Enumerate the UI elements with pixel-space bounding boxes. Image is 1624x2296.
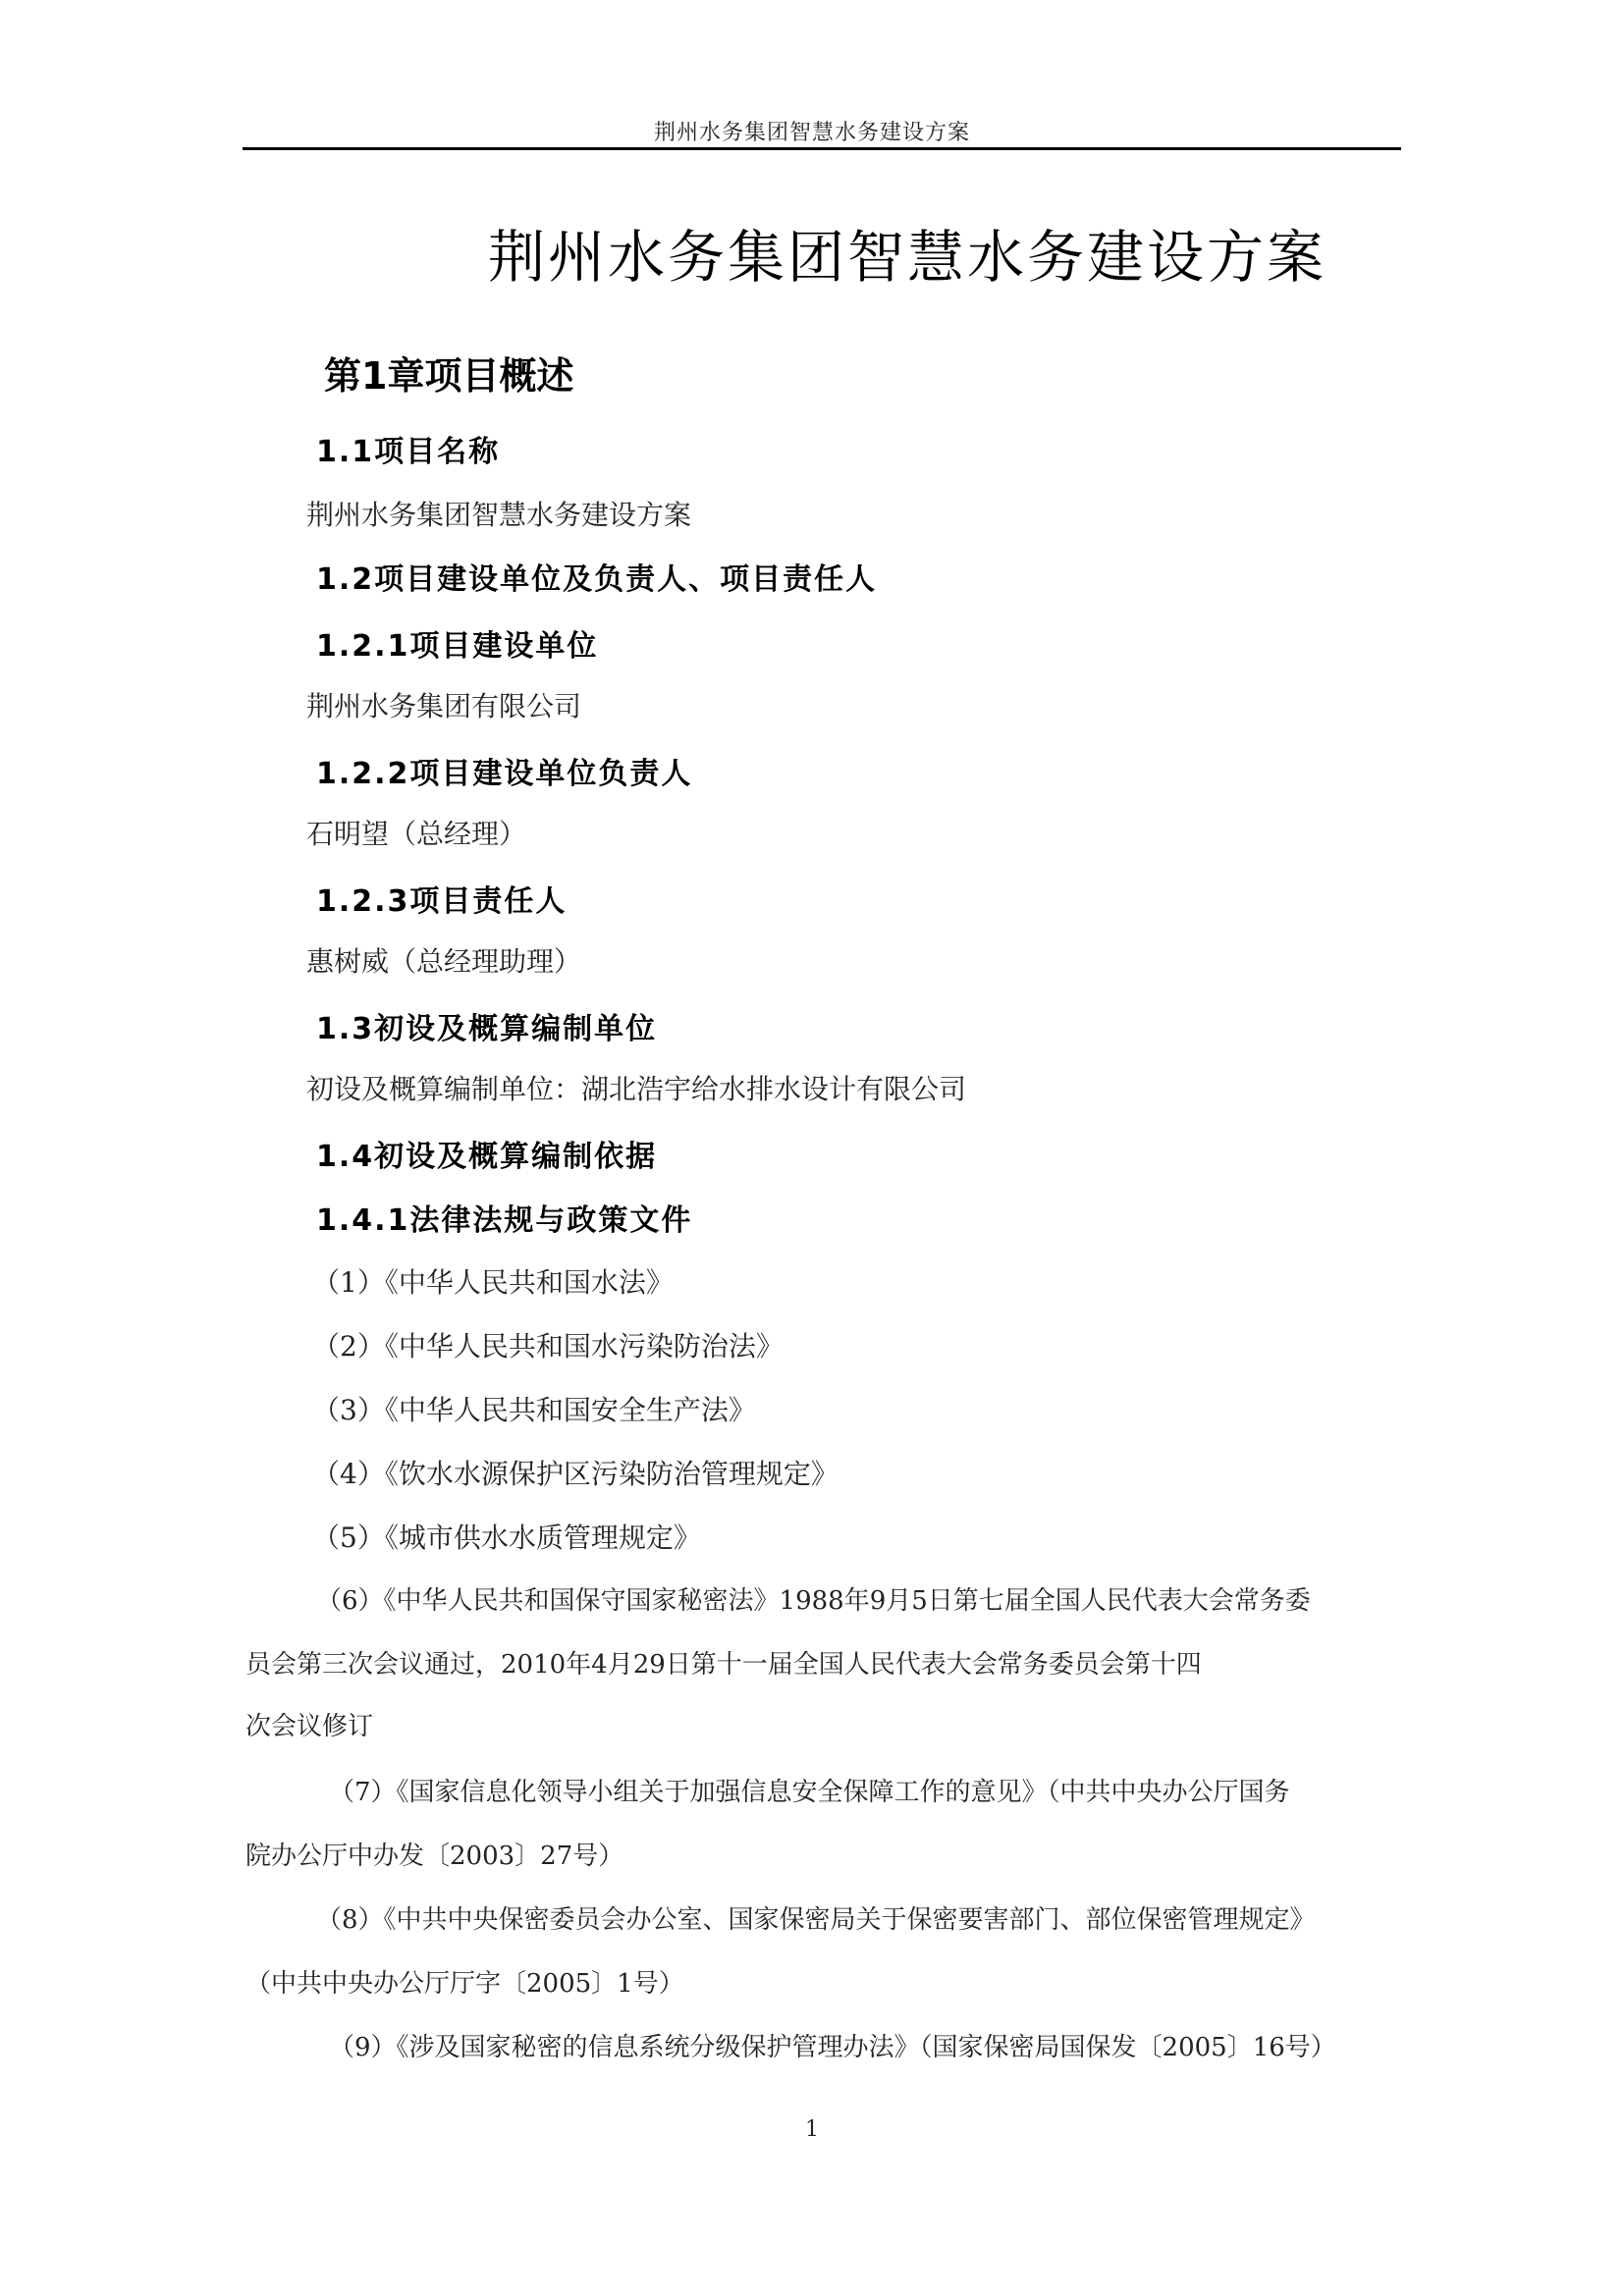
section-heading-1-4: 1.4初设及概算编制依据 [316, 1132, 657, 1175]
section-heading-1-2-2: 1.2.2项目建设单位负责人 [316, 749, 692, 792]
header-divider [243, 147, 1401, 150]
list-item-8-line1: （8）《中共中央保密委员会办公室、国家保密局关于保密要害部门、部位保密管理规定》 [316, 1899, 1316, 1936]
list-item: （2）《中华人民共和国水污染防治法》 [312, 1325, 784, 1364]
list-item: （1）《中华人民共和国水法》 [312, 1261, 674, 1301]
section-content-1-1: 荆州水务集团智慧水务建设方案 [306, 494, 691, 533]
section-content-1-2-3: 惠树威（总经理助理） [306, 940, 581, 980]
list-item-9: （9）《涉及国家秘密的信息系统分级保护管理办法》（国家保密局国保发〔2005〕1… [329, 2027, 1336, 2063]
list-item-7-line2: 院办公厅中办发〔2003〕27号） [245, 1836, 623, 1872]
chapter-heading: 第1章项目概述 [324, 346, 573, 400]
section-content-1-2-2: 石明望（总经理） [306, 813, 526, 852]
list-item-6-line1: （6）《中华人民共和国保守国家秘密法》1988年9月5日第七届全国人民代表大会常… [316, 1580, 1311, 1617]
section-heading-1-4-1: 1.4.1法律法规与政策文件 [316, 1196, 692, 1239]
section-content-1-3: 初设及概算编制单位：湖北浩宇给水排水设计有限公司 [306, 1068, 966, 1107]
page-number: 1 [0, 2117, 1624, 2142]
section-content-1-2-1: 荆州水务集团有限公司 [306, 685, 581, 724]
section-heading-1-2-1: 1.2.1项目建设单位 [316, 621, 598, 665]
list-item-8-line2: （中共中央办公厅厅字〔2005〕1号） [245, 1963, 684, 2000]
section-heading-1-2: 1.2项目建设单位及负责人、项目责任人 [316, 555, 877, 598]
list-item-6-line2: 员会第三次会议通过，2010年4月29日第十一届全国人民代表大会常务委员会第十四 [245, 1644, 1202, 1681]
list-item: （4）《饮水水源保护区污染防治管理规定》 [312, 1453, 839, 1492]
running-header: 荆州水务集团智慧水务建设方案 [0, 116, 1624, 146]
document-title: 荆州水务集团智慧水务建设方案 [488, 211, 1326, 294]
section-heading-1-3: 1.3初设及概算编制单位 [316, 1004, 657, 1047]
list-item: （5）《城市供水水质管理规定》 [312, 1517, 701, 1556]
list-item-6-line3: 次会议修订 [245, 1706, 373, 1742]
list-item-7-line1: （7）《国家信息化领导小组关于加强信息安全保障工作的意见》（中共中央办公厅国务 [329, 1772, 1290, 1808]
list-item: （3）《中华人民共和国安全生产法》 [312, 1389, 756, 1428]
section-heading-1-2-3: 1.2.3项目责任人 [316, 877, 567, 920]
section-heading-1-1: 1.1项目名称 [316, 427, 500, 470]
